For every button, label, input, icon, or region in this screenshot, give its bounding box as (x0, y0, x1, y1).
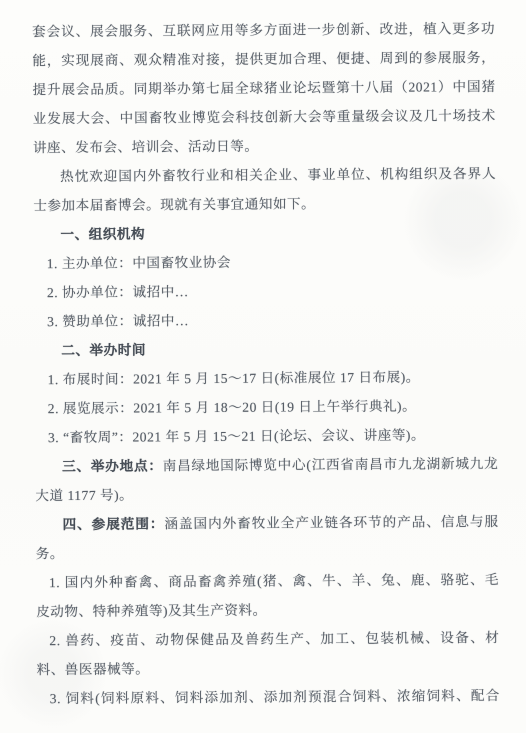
doc-line: 3. 赞助单位：诚招中… (34, 304, 497, 336)
doc-line: 3. “畜牧周”：2021 年 5 月 15～21 日(论坛、会议、讲座等)。 (35, 420, 498, 452)
doc-line: 务。 (36, 536, 499, 568)
doc-line: 3. 饲料(饲料原料、饲料添加剂、添加剂预混合饲料、浓缩饲料、配合 (37, 681, 500, 713)
doc-line: 1. 布展时间：2021 年 5 月 15～17 日(标准展位 17 日布展)。 (34, 362, 497, 394)
section-heading: 二、举办时间 (34, 333, 497, 365)
section-heading: 一、组织机构 (33, 217, 496, 249)
heading-rest: 南昌绿地国际博览中心(江西省南昌市九龙湖新城九龙 (163, 456, 499, 473)
doc-line: 能，实现展商、观众精准对接，提供更加合理、便捷、周到的参展服务， (32, 43, 495, 75)
scanned-document-page: 套会议、展会服务、互联网应用等多方面进一步创新、改进，植入更多功 能，实现展商、… (0, 0, 526, 733)
doc-line: 大道 1177 号)。 (35, 478, 498, 510)
doc-line: 业发展大会、中国畜牧业博览会科技创新大会等重量级会议及几十场技术 (33, 101, 496, 133)
section-heading: 四、参展范围：涵盖国内外畜牧业全产业链各环节的产品、信息与服 (35, 507, 498, 539)
doc-line: 讲座、发布会、培训会、活动日等。 (33, 130, 496, 162)
doc-line: 1. 国内外种畜禽、商品畜禽养殖(猪、禽、牛、羊、兔、鹿、骆驼、毛 (36, 565, 499, 597)
heading-lead: 三、举办地点： (62, 458, 163, 474)
doc-line: 提升展会品质。同期举办第七届全球猪业论坛暨第十八届（2021）中国猪 (32, 72, 495, 104)
doc-line: 1. 主办单位：中国畜牧业协会 (34, 246, 497, 278)
document-text-block: 套会议、展会服务、互联网应用等多方面进一步创新、改进，植入更多功 能，实现展商、… (32, 14, 500, 713)
doc-line: 2. 展览展示：2021 年 5 月 18～20 日(19 日上午举行典礼)。 (35, 391, 498, 423)
section-heading: 三、举办地点：南昌绿地国际博览中心(江西省南昌市九龙湖新城九龙 (35, 449, 498, 481)
doc-line: 料、兽医器械等。 (36, 652, 499, 684)
heading-rest: 涵盖国内外畜牧业全产业链各环节的产品、信息与服 (164, 514, 498, 531)
doc-line: 皮动物、特种养殖等)及其生产资料。 (36, 594, 499, 626)
doc-line: 士参加本届畜博会。现就有关事宜通知如下。 (33, 188, 496, 220)
doc-line: 热忱欢迎国内外畜牧行业和相关企业、事业单位、机构组织及各界人 (33, 159, 496, 191)
doc-line: 2. 兽药、疫苗、动物保健品及兽药生产、加工、包装机械、设备、材 (36, 623, 499, 655)
heading-lead: 四、参展范围： (63, 516, 165, 532)
doc-line: 2. 协办单位：诚招中… (34, 275, 497, 307)
doc-line: 套会议、展会服务、互联网应用等多方面进一步创新、改进，植入更多功 (32, 14, 495, 46)
